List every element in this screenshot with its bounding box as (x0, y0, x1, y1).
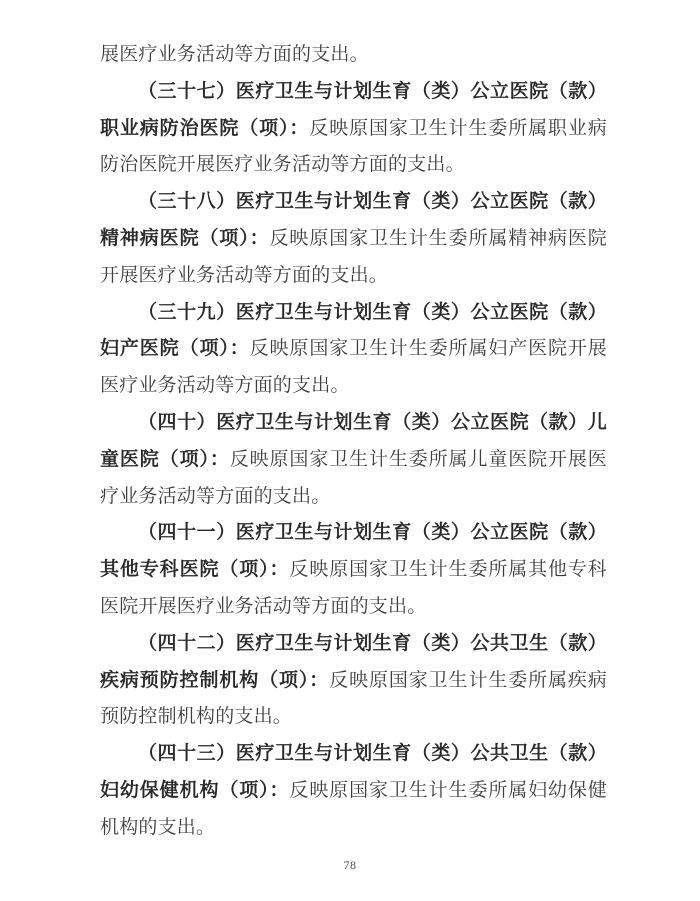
paragraph-item-37: （三十七）医疗卫生与计划生育（类）公立医院（款）职业病防治医院（项）：反映原国家… (100, 74, 607, 184)
paragraph-item-38: （三十八）医疗卫生与计划生育（类）公立医院（款）精神病医院（项）：反映原国家卫生… (100, 184, 607, 294)
paragraph-item-43: （四十三）医疗卫生与计划生育（类）公共卫生（款）妇幼保健机构（项）：反映原国家卫… (100, 736, 607, 846)
document-page: 展医疗业务活动等方面的支出。 （三十七）医疗卫生与计划生育（类）公立医院（款）职… (0, 0, 700, 901)
paragraph-item-41: （四十一）医疗卫生与计划生育（类）公立医院（款）其他专科医院（项）：反映原国家卫… (100, 515, 607, 625)
paragraph-item-40: （四十）医疗卫生与计划生育（类）公立医院（款）儿童医院（项）：反映原国家卫生计生… (100, 405, 607, 515)
document-body: 展医疗业务活动等方面的支出。 （三十七）医疗卫生与计划生育（类）公立医院（款）职… (100, 37, 607, 847)
paragraph-text: 展医疗业务活动等方面的支出。 (100, 44, 369, 65)
paragraph-item-42: （四十二）医疗卫生与计划生育（类）公共卫生（款）疾病预防控制机构（项）：反映原国… (100, 626, 607, 736)
paragraph-item-39: （三十九）医疗卫生与计划生育（类）公立医院（款）妇产医院（项）：反映原国家卫生计… (100, 295, 607, 405)
paragraph-continuation: 展医疗业务活动等方面的支出。 (100, 37, 607, 74)
page-number: 78 (0, 858, 700, 873)
